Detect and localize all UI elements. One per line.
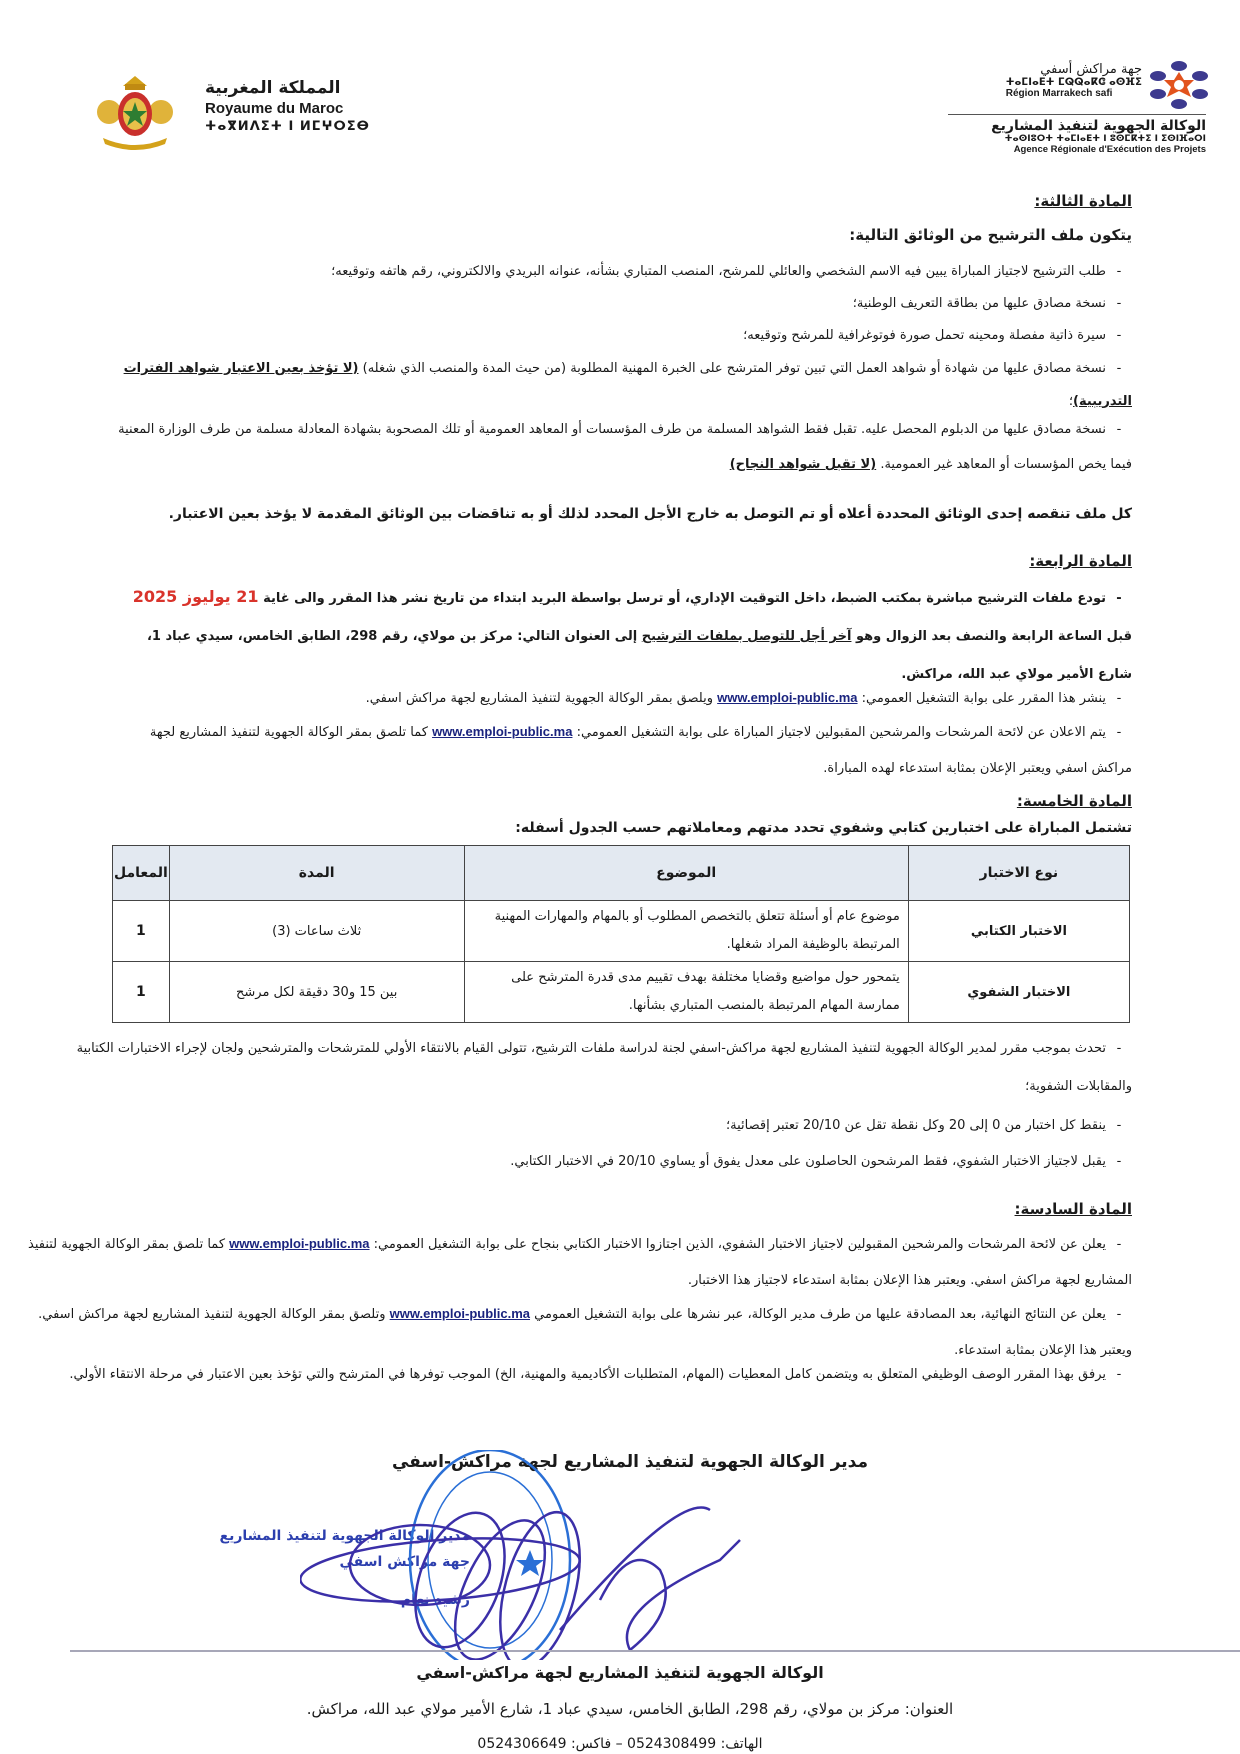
footer-title: الوكالة الجهوية لتنفيذ المشاريع لجهة مرا… <box>300 1663 940 1682</box>
emploi-public-link[interactable]: www.emploi-public.ma <box>229 1236 369 1251</box>
agency-header: جهة مراكش أسفي ⵜⴰⵎⵏⴰⴹⵜ ⵎⵕⵕⴰⴽⵛ ⴰⵙⴼⵉ Régio… <box>940 58 1220 158</box>
deadline-emphasis: آخر أجل للتوصل بملفات الترشيح <box>642 629 852 644</box>
article4-title: المادة الرابعة: <box>1029 552 1132 570</box>
signature-seal-icon <box>300 1450 820 1660</box>
article3-note: كل ملف تنقصه إحدى الوثائق المحددة أعلاه … <box>112 498 1132 530</box>
agency-name-tifinagh: ⵜⴰⵙⵏⵓⵔⵜ ⵜⴰⵎⵏⴰⴹⵜ ⵏ ⵓⵙⵎⴽⵜⵉ ⵏ ⵉⵙⵏⴼⴰⵔⵏ <box>991 134 1206 144</box>
region-name-french: Région Marrakech safi <box>1006 88 1142 99</box>
coat-of-arms-icon <box>95 72 175 152</box>
article5-title: المادة الخامسة: <box>1017 792 1132 810</box>
emploi-public-link[interactable]: www.emploi-public.ma <box>390 1306 530 1321</box>
footer-divider <box>70 1650 1240 1652</box>
article5-item-2: -ينقط كل اختبار من 0 إلى 20 وكل نقطة تقل… <box>112 1110 1132 1142</box>
exam-table: نوع الاختبار الموضوع المدة المعامل الاخت… <box>112 845 1130 1023</box>
region-logo-icon <box>1148 60 1210 110</box>
article3-lead: يتكون ملف الترشيح من الوثائق التالية: <box>849 226 1132 244</box>
table-header-row: نوع الاختبار الموضوع المدة المعامل <box>113 846 1130 901</box>
deadline-date: 21 يوليوز 2025 <box>133 587 259 606</box>
agency-block: الوكالة الجهوية لتنفيذ المشاريع ⵜⴰⵙⵏⵓⵔⵜ … <box>991 118 1206 155</box>
article6-item-1: -يعلن عن لائحة المرشحات والمرشحين المقبو… <box>12 1226 1132 1299</box>
footer-phones: الهاتف: 0524308499 – فاكس: 0524306649 <box>300 1736 940 1752</box>
region-name-arabic: جهة مراكش أسفي <box>1006 62 1142 77</box>
article5-lead: تشتمل المباراة على اختبارين كتابي وشفوي … <box>515 820 1132 836</box>
kingdom-name-arabic: المملكة المغربية <box>205 78 370 98</box>
article3-title: المادة الثالثة: <box>1034 192 1132 210</box>
table-row: الاختبار الشفوي يتمحور حول مواضيع وقضايا… <box>113 962 1130 1023</box>
article5-item-3: -يقبل لاجتياز الاختبار الشفوي، فقط المرش… <box>112 1146 1132 1178</box>
region-block: جهة مراكش أسفي ⵜⴰⵎⵏⴰⴹⵜ ⵎⵕⵕⴰⴽⵛ ⴰⵙⴼⵉ Régio… <box>1006 62 1142 99</box>
article5-item-1: -تحدث بموجب مقرر لمدير الوكالة الجهوية ل… <box>22 1030 1132 1106</box>
agency-name-french: Agence Régionale d'Exécution des Projets <box>991 144 1206 155</box>
article4-item-3: -يتم الاعلان عن لائحة المرشحات والمرشحين… <box>112 714 1132 787</box>
table-row: الاختبار الكتابي موضوع عام أو أسئلة تتعل… <box>113 901 1130 962</box>
col-header-type: نوع الاختبار <box>908 846 1129 901</box>
col-header-duration: المدة <box>169 846 464 901</box>
article3-item-1: -طلب الترشيح لاجتياز المباراة يبين فيه ا… <box>112 256 1132 288</box>
emploi-public-link[interactable]: www.emploi-public.ma <box>717 690 857 705</box>
article4-item-1: -تودع ملفات الترشيح مباشرة بمكتب الضبط، … <box>112 578 1132 694</box>
col-header-coefficient: المعامل <box>113 846 170 901</box>
col-header-topic: الموضوع <box>464 846 908 901</box>
article3-item-2: -نسخة مصادق عليها من بطاقة التعريف الوطن… <box>112 288 1132 320</box>
article3-item-5-emphasis: (لا تقبل شواهد النجاح) <box>730 457 876 472</box>
article3-item-3: -سيرة ذاتية مفصلة ومحينه تحمل صورة فوتوغ… <box>112 320 1132 352</box>
article3-item-4: -نسخة مصادق عليها من شهادة أو شواهد العم… <box>112 352 1132 418</box>
document-page: المملكة المغربية Royaume du Maroc ⵜⴰⴳⵍⴷⵉ… <box>0 0 1240 1754</box>
region-name-tifinagh: ⵜⴰⵎⵏⴰⴹⵜ ⵎⵕⵕⴰⴽⵛ ⴰⵙⴼⵉ <box>1006 77 1142 88</box>
footer-address: العنوان: مركز بن مولاي، رقم 298، الطابق … <box>220 1700 1040 1718</box>
agency-name-arabic: الوكالة الجهوية لتنفيذ المشاريع <box>991 118 1206 134</box>
kingdom-name-tifinagh: ⵜⴰⴳⵍⴷⵉⵜ ⵏ ⵍⵎⵖⵔⵉⴱ <box>205 119 370 134</box>
kingdom-header: المملكة المغربية Royaume du Maroc ⵜⴰⴳⵍⴷⵉ… <box>95 72 455 152</box>
article6-title: المادة السادسة: <box>1015 1200 1132 1218</box>
kingdom-name-french: Royaume du Maroc <box>205 100 370 117</box>
article3-item-5: -نسخة مصادق عليها من الدبلوم المحصل عليه… <box>112 412 1132 482</box>
header-divider <box>948 114 1206 115</box>
article4-item-2: -ينشر هذا المقرر على بوابة التشغيل العمو… <box>112 682 1132 715</box>
article6-item-3: -يرفق بهذا المقرر الوصف الوظيفي المتعلق … <box>12 1356 1132 1394</box>
emploi-public-link[interactable]: www.emploi-public.ma <box>432 724 572 739</box>
